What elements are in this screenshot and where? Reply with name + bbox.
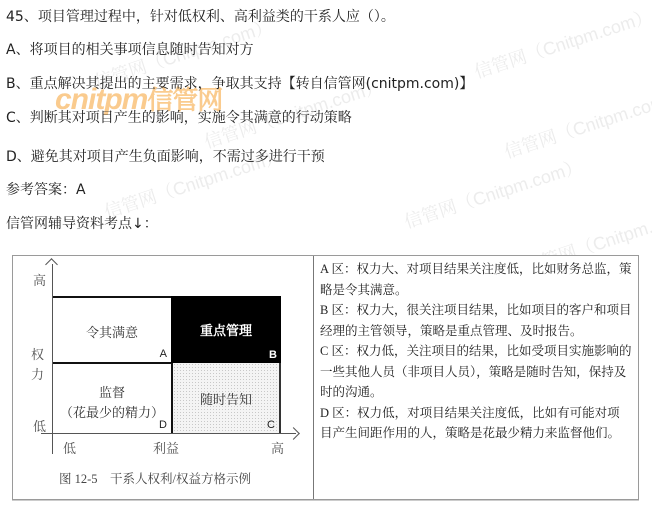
option-b: B、重点解决其提出的主要需求，争取其支持【转自信管网(cnitpm.com)】	[6, 73, 473, 93]
quadrant-a-corner: A	[160, 348, 167, 360]
description-b: B 区：权力大，很关注项目结果，比如项目的客户和项目经理的主管领导，策略是重点管…	[320, 300, 632, 341]
x-axis-high-label: 高	[271, 438, 284, 457]
arrow-right-icon	[287, 427, 300, 440]
arrow-up-icon	[45, 258, 58, 271]
answer-label: 参考答案：A	[6, 179, 86, 199]
x-axis	[41, 433, 296, 434]
quadrant-a-label: 令其满意	[53, 322, 171, 341]
quadrant-b: 重点管理 B	[171, 296, 281, 363]
quadrant-c-corner: C	[267, 419, 275, 431]
power-interest-grid-figure: 高 权 力 低 低 利益 高 令其满意 A 重点管理 B 监督 （花最少的精力）…	[12, 255, 639, 500]
option-a: A、将项目的相关事项信息随时告知对方	[6, 39, 254, 59]
quadrant-d-label-1: 监督	[53, 382, 171, 401]
watermark-text: 信管网（Cnitpm.com）	[401, 152, 586, 234]
y-axis-label-2: 力	[31, 364, 44, 383]
quadrant-d-corner: D	[159, 419, 167, 431]
option-d: D、避免其对项目产生负面影响，不需过多进行干预	[6, 146, 325, 166]
y-axis-high-label: 高	[33, 270, 46, 289]
quadrant-b-label: 重点管理	[171, 320, 281, 339]
figure-caption: 图 12-5 干系人权利/权益方格示例	[59, 469, 251, 487]
quadrant-a: 令其满意 A	[53, 296, 171, 363]
quadrant-descriptions: A 区：权力大、对项目结果关注度低，比如财务总监，策略是令其满意。 B 区：权力…	[320, 259, 632, 444]
reference-label: 信管网辅导资料考点↓：	[6, 213, 158, 233]
x-axis-low-label: 低	[63, 438, 76, 457]
description-c: C 区：权力低，关注项目的结果，比如受项目实施影响的一些其他人员（非项目人员），…	[320, 341, 632, 403]
figure-divider	[313, 256, 314, 499]
y-axis-label-1: 权	[31, 344, 44, 363]
quadrant-d-label-2: （花最少的精力）	[53, 402, 171, 421]
question-stem: 45、项目管理过程中，针对低权利、高利益类的干系人应（）。	[6, 6, 395, 26]
watermark-text: 信管网（Cnitpm.com）	[471, 2, 652, 84]
quadrant-b-corner: B	[269, 349, 277, 361]
quadrant-d: 监督 （花最少的精力） D	[53, 363, 171, 433]
quadrant-c: 随时告知 C	[171, 363, 281, 433]
option-c: C、判断其对项目产生的影响，实施令其满意的行动策略	[6, 107, 352, 127]
description-a: A 区：权力大、对项目结果关注度低，比如财务总监，策略是令其满意。	[320, 259, 632, 300]
y-axis-low-label: 低	[33, 416, 46, 435]
quadrant-c-label: 随时告知	[173, 389, 279, 408]
x-axis-label: 利益	[153, 438, 179, 457]
watermark-text: 信管网（Cnitpm.com）	[501, 82, 652, 164]
description-d: D 区：权力低，对项目结果关注度低，比如有可能对项目产生间距作用的人，策略是花最…	[320, 403, 632, 444]
